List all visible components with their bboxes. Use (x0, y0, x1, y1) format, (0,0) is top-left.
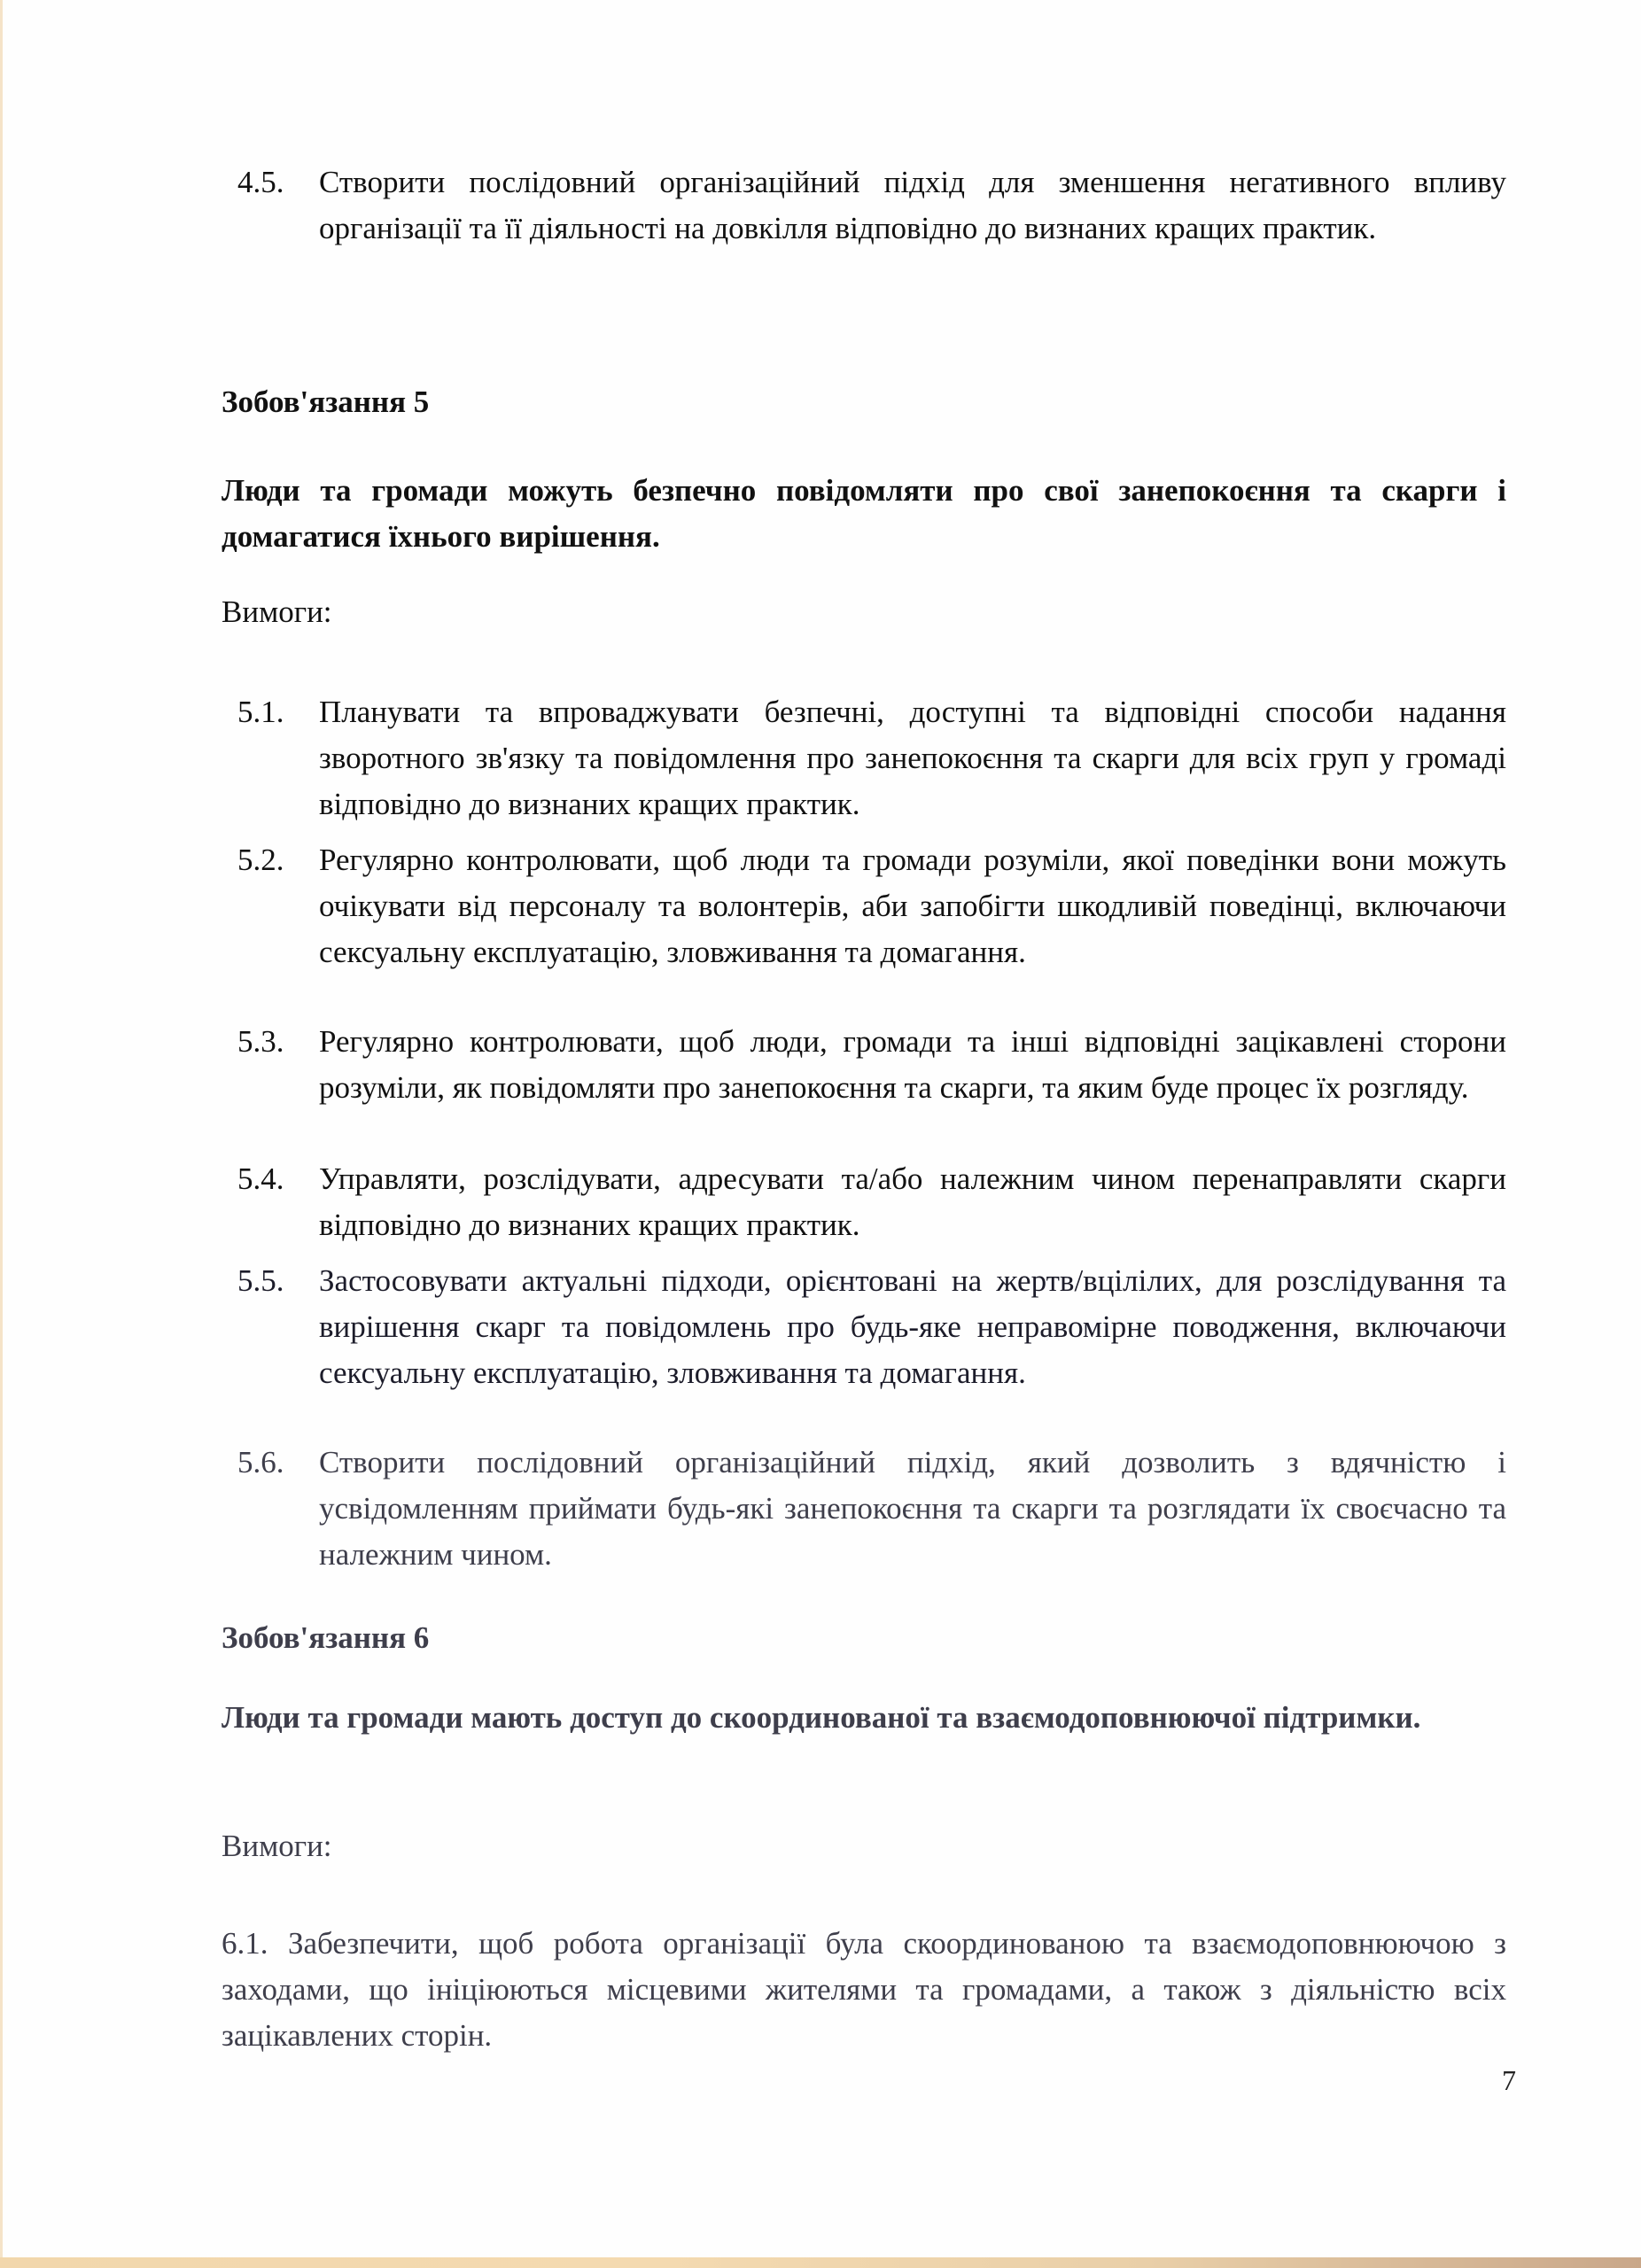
item-number: 6.1. (222, 1926, 268, 1961)
commitment-5-requirements-label: Вимоги: (222, 589, 1506, 635)
item-number: 4.5. (237, 159, 284, 206)
document-page: 4.5. Створити послідовний організаційний… (0, 0, 1641, 2257)
item-text: Управляти, розслідувати, адресувати та/а… (237, 1156, 1506, 1248)
commitment-5-title: Зобов'язання 5 (222, 379, 1506, 425)
item-number: 5.3. (237, 1019, 284, 1065)
paper-edge (0, 0, 3, 2257)
item-number: 5.4. (237, 1156, 284, 1202)
commitment-6-title: Зобов'язання 6 (222, 1615, 1506, 1661)
item-text: Забезпечити, щоб робота організації була… (222, 1926, 1506, 2053)
requirement-item-5-5: 5.5. Застосовувати актуальні підходи, ор… (237, 1258, 1506, 1396)
requirement-item-5-6: 5.6. Створити послідовний організаційний… (237, 1440, 1506, 1578)
page-number: 7 (1502, 2064, 1516, 2097)
item-text: Регулярно контролювати, щоб люди, громад… (237, 1019, 1506, 1111)
commitment-6-requirements-label: Вимоги: (222, 1823, 1506, 1869)
requirement-item-5-2: 5.2. Регулярно контролювати, щоб люди та… (237, 837, 1506, 975)
requirement-item-5-4: 5.4. Управляти, розслідувати, адресувати… (237, 1156, 1506, 1248)
item-text: Створити послідовний організаційний підх… (237, 159, 1506, 252)
item-text: Застосовувати актуальні підходи, орієнто… (237, 1258, 1506, 1396)
commitment-5-statement: Люди та громади можуть безпечно повідомл… (222, 468, 1506, 560)
item-text: Регулярно контролювати, щоб люди та гром… (237, 837, 1506, 975)
requirement-item-5-1: 5.1. Планувати та впроваджувати безпечні… (237, 689, 1506, 827)
scan-background-strip (0, 2257, 1641, 2268)
item-text: Планувати та впроваджувати безпечні, дос… (237, 689, 1506, 827)
requirement-item-5-3: 5.3. Регулярно контролювати, щоб люди, г… (237, 1019, 1506, 1111)
requirement-item-4-5: 4.5. Створити послідовний організаційний… (237, 159, 1506, 252)
item-number: 5.1. (237, 689, 284, 735)
item-number: 5.6. (237, 1440, 284, 1486)
requirement-item-6-1: 6.1. Забезпечити, щоб робота організації… (222, 1921, 1506, 2059)
item-text: Створити послідовний організаційний підх… (237, 1440, 1506, 1578)
commitment-6-statement: Люди та громади мають доступ до скоордин… (222, 1695, 1506, 1741)
item-number: 5.2. (237, 837, 284, 883)
item-number: 5.5. (237, 1258, 284, 1304)
